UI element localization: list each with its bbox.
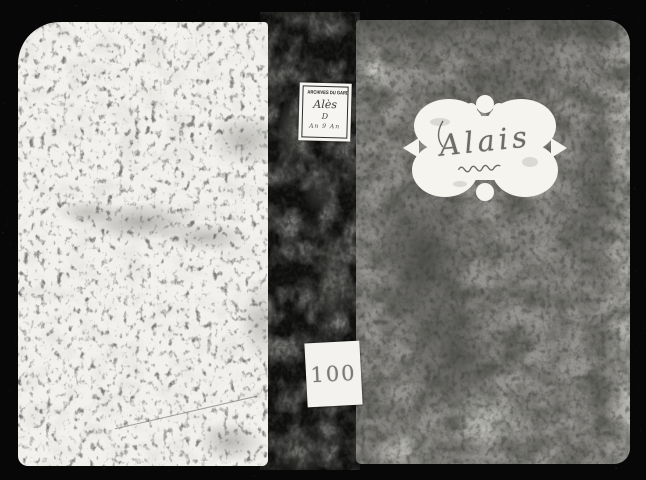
archive-label-frame: ARCHIVES DU GARD Alès D An 9 An <box>301 85 348 138</box>
archive-label-heading: ARCHIVES DU GARD <box>307 90 343 97</box>
title-cartouche: Alais <box>400 92 570 204</box>
surface-scratch <box>115 396 257 430</box>
spine-number-label: 100 <box>304 341 362 408</box>
archive-label-town: Alès <box>303 97 347 111</box>
spine-number: 100 <box>310 361 357 387</box>
archive-label-series: D <box>303 111 347 121</box>
left-cover <box>18 22 268 466</box>
ink-flourish <box>400 92 570 204</box>
left-cover-speckle-texture <box>18 22 268 466</box>
archive-label: ARCHIVES DU GARD Alès D An 9 An <box>298 82 352 141</box>
right-cover-mottle-texture <box>356 20 630 464</box>
book-cover-scan: Alais ARCHIVES DU GARD Alès D An 9 An 10… <box>0 0 646 480</box>
archive-label-dates: An 9 An <box>303 122 347 130</box>
right-cover: Alais <box>356 20 630 464</box>
